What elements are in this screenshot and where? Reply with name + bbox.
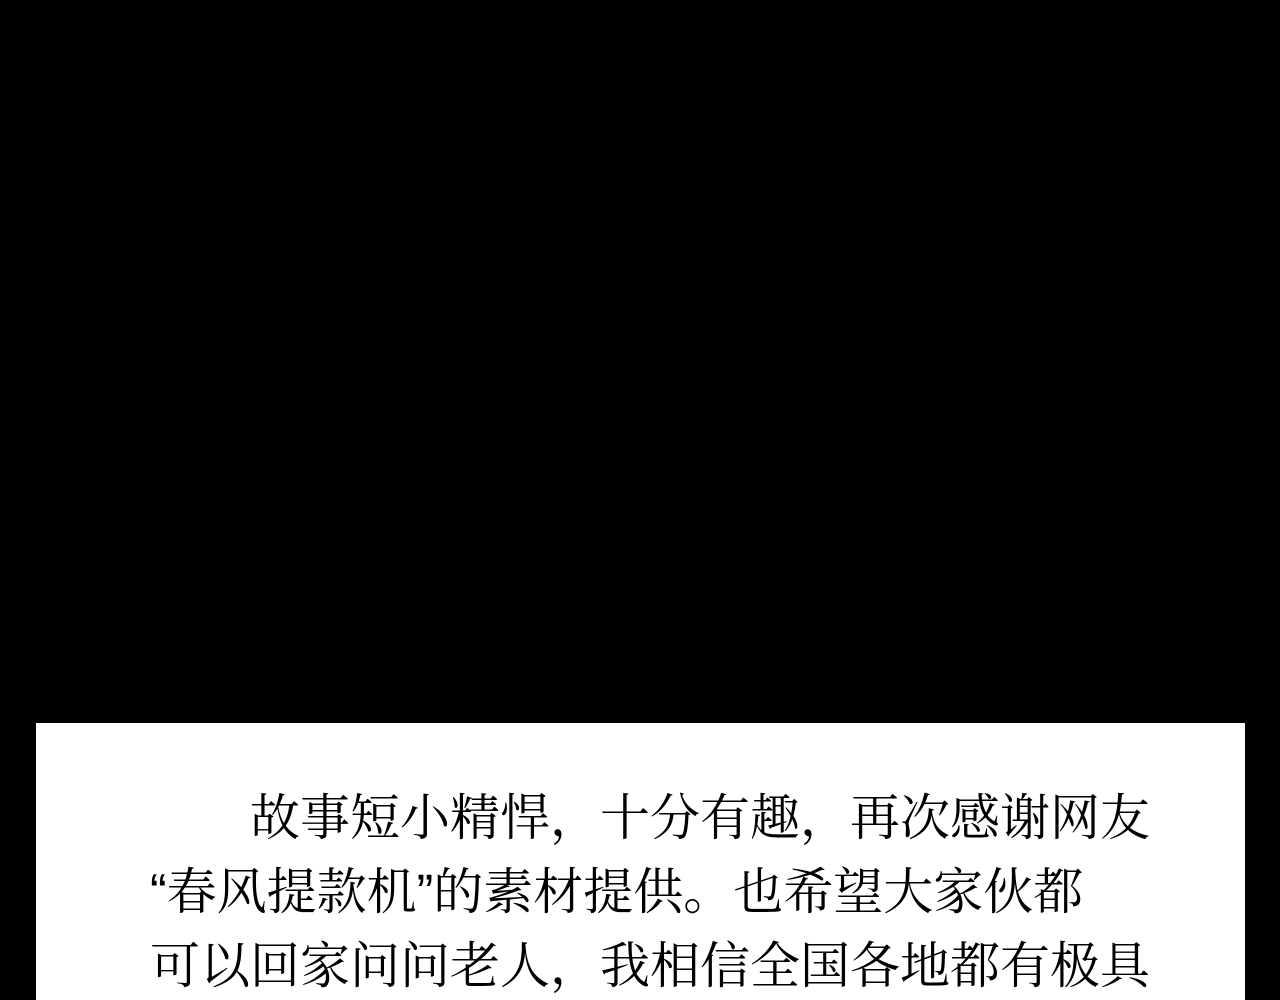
caption-line-3: 可以回家问问老人，我相信全国各地都有极具 xyxy=(150,929,1152,1000)
black-backdrop xyxy=(0,0,1280,723)
comic-page: 故事短小精悍，十分有趣，再次感谢网友 “春风提款机”的素材提供。也希望大家伙都 … xyxy=(0,0,1280,1000)
caption-line-2: “春风提款机”的素材提供。也希望大家伙都 xyxy=(150,855,1152,929)
caption-panel: 故事短小精悍，十分有趣，再次感谢网友 “春风提款机”的素材提供。也希望大家伙都 … xyxy=(36,723,1245,1000)
caption-text: 故事短小精悍，十分有趣，再次感谢网友 “春风提款机”的素材提供。也希望大家伙都 … xyxy=(150,781,1152,1000)
caption-line-1: 故事短小精悍，十分有趣，再次感谢网友 xyxy=(150,781,1152,855)
